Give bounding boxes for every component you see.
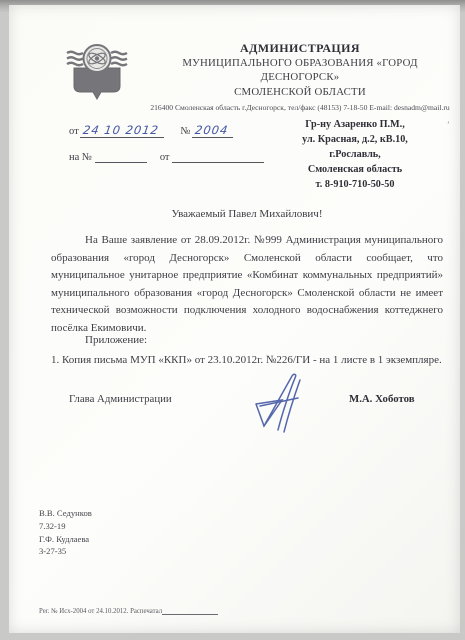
executor-name-1: В.В. Седунков (39, 507, 92, 520)
recipient-street: ул. Красная, д.2, кВ.10, (271, 132, 439, 147)
reply-number-label: на № (69, 152, 92, 163)
coat-of-arms-icon (66, 42, 128, 102)
executor-name-2: Г.Ф. Кудлаева (39, 533, 92, 546)
handwritten-number: 2004 (192, 123, 235, 138)
recipient-phone: т. 8-910-710-50-50 (271, 177, 439, 192)
printed-by-blank (162, 607, 218, 615)
registration-text: Рег. № Исх-2004 от 24.10.2012. Распечата… (39, 608, 162, 615)
number-label: № (180, 126, 190, 137)
signer-position: Глава Администрации (69, 393, 172, 405)
executor-phone-1: 7.32-19 (39, 520, 92, 533)
executor-phone-2: 3-27-35 (39, 545, 92, 558)
attachment-label: Приложение: (51, 334, 443, 346)
handwritten-date: 24 10 2012 (80, 123, 166, 138)
letterhead: АДМИНИСТРАЦИЯ МУНИЦИПАЛЬНОГО ОБРАЗОВАНИЯ… (147, 41, 453, 116)
recipient-city: г.Рославль, (271, 147, 439, 162)
recipient-name: Гр-ну Азаренко П.М., (271, 117, 439, 132)
reply-number-blank (95, 151, 147, 163)
signer-name: М.А. Хоботов (349, 393, 415, 405)
reply-date-label: от (160, 152, 170, 163)
handwritten-signature-icon (242, 370, 326, 444)
scan-artifact: ’ (447, 120, 450, 129)
reference-line-incoming: на № от (69, 151, 264, 163)
reference-line-outgoing: от 24 10 2012 № 2004 (69, 123, 234, 138)
body-paragraph: На Ваше заявление от 28.09.2012г. №999 А… (51, 232, 443, 338)
recipient-region: Смоленская область (271, 162, 439, 177)
date-label: от (69, 126, 79, 137)
attachment-item: 1. Копия письма МУП «ККП» от 23.10.2012г… (51, 352, 443, 370)
salutation: Уважаемый Павел Михайлович! (51, 208, 443, 220)
org-name-line3: СМОЛЕНСКОЙ ОБЛАСТИ (147, 85, 453, 100)
letter-page: АДМИНИСТРАЦИЯ МУНИЦИПАЛЬНОГО ОБРАЗОВАНИЯ… (9, 5, 460, 633)
executors-block: В.В. Седунков 7.32-19 Г.Ф. Кудлаева 3-27… (39, 507, 92, 558)
org-name-line2: МУНИЦИПАЛЬНОГО ОБРАЗОВАНИЯ «ГОРОД ДЕСНОГ… (147, 56, 453, 85)
recipient-block: Гр-ну Азаренко П.М., ул. Красная, д.2, к… (271, 117, 439, 192)
registration-line: Рег. № Исх-2004 от 24.10.2012. Распечата… (39, 607, 218, 615)
org-address-line: 216400 Смоленская область г.Десногорск, … (147, 101, 453, 116)
reply-date-blank (172, 151, 264, 163)
org-name-line1: АДМИНИСТРАЦИЯ (147, 41, 453, 56)
scanned-letter: АДМИНИСТРАЦИЯ МУНИЦИПАЛЬНОГО ОБРАЗОВАНИЯ… (0, 0, 465, 640)
